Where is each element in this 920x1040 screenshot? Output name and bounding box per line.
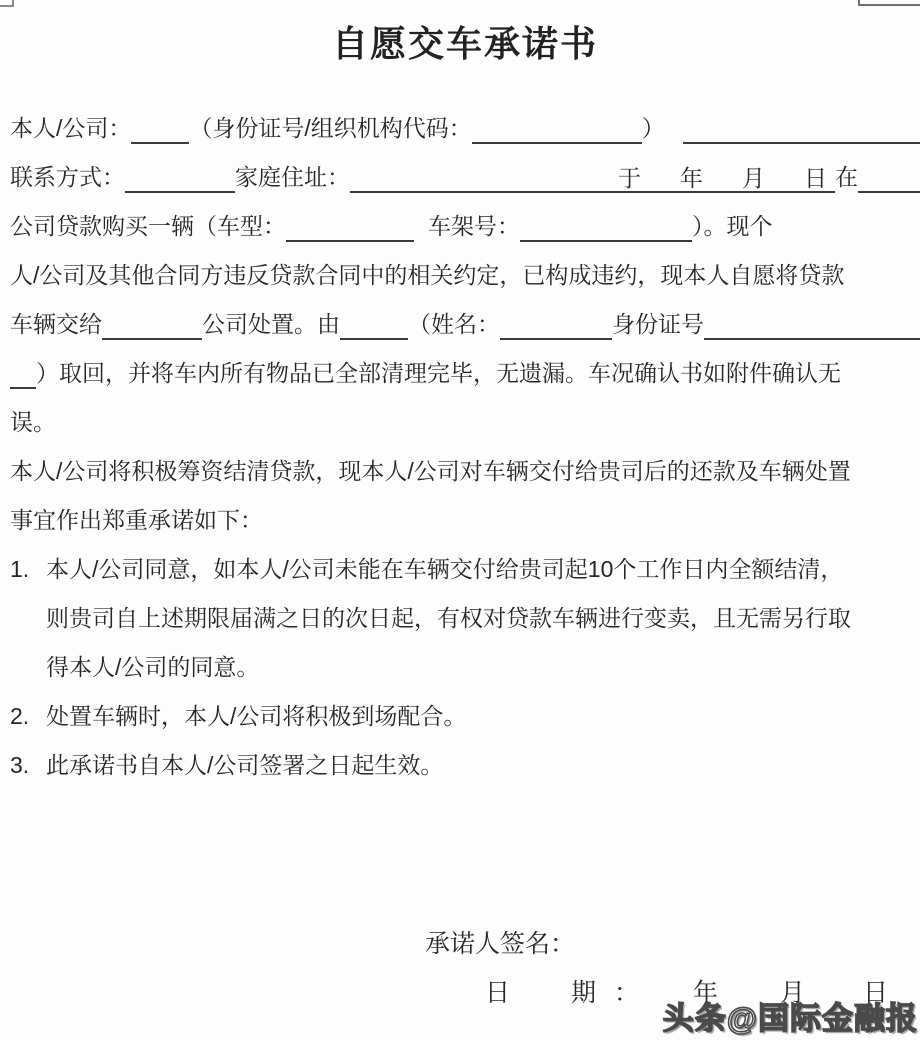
address-label: 家庭住址：	[235, 153, 350, 202]
pledge-intro-line: 事宜作出郑重承诺如下：	[10, 496, 920, 545]
item-text-line: 处置车辆时，本人/公司将积极到场配合。	[46, 692, 920, 741]
item-text-line: 则贵司自上述期限届满之日的次日起，有权对贷款车辆进行变卖，且无需另行取	[46, 594, 920, 643]
agent-name-label: （姓名：	[408, 300, 500, 349]
company-blank	[102, 310, 202, 340]
trailing-blank-1	[683, 114, 920, 144]
contact-blank	[125, 163, 235, 193]
document-title: 自愿交车承诺书	[10, 16, 920, 62]
error-text: 误。	[10, 398, 56, 447]
party-name-blank	[131, 114, 189, 144]
retrieval-text: ）取回，并将车内所有物品已全部清理完毕，无遗漏。车况确认书如附件确认无	[36, 349, 841, 398]
item-text-line: 本人/公司同意，如本人/公司未能在车辆交付给贵司起10个工作日内全额结清，	[46, 545, 920, 594]
commitment-letter-document: 自愿交车承诺书 本人/公司： （身份证号/组织机构代码： ） 联系方式： 家庭住…	[0, 0, 920, 1040]
agent-blank	[340, 310, 408, 340]
item-text-block: 处置车辆时，本人/公司将积极到场配合。	[46, 692, 920, 741]
list-item: 3. 此承诺书自本人/公司签署之日起生效。	[10, 741, 920, 790]
agent-id-blank	[704, 310, 920, 340]
retrieval-line: ）取回，并将车内所有物品已全部清理完毕，无遗漏。车况确认书如附件确认无	[10, 349, 920, 398]
at-label: 在	[835, 153, 858, 202]
item-number: 1.	[10, 545, 46, 594]
contact-address-line: 联系方式： 家庭住址： 于 年 月 日 在	[10, 153, 920, 202]
paren-close-text: ）。现个	[692, 202, 773, 251]
list-item: 1. 本人/公司同意，如本人/公司未能在车辆交付给贵司起10个工作日内全额结清，…	[10, 545, 920, 692]
item-number: 2.	[10, 692, 46, 741]
address-date-blank: 于 年 月 日	[350, 163, 835, 193]
vin-label: 车架号：	[428, 202, 520, 251]
party-label: 本人/公司：	[10, 104, 131, 153]
item-text-block: 本人/公司同意，如本人/公司未能在车辆交付给贵司起10个工作日内全额结清， 则贵…	[46, 545, 920, 692]
party-identity-line: 本人/公司： （身份证号/组织机构代码： ）	[10, 104, 920, 153]
list-item: 2. 处置车辆时，本人/公司将积极到场配合。	[10, 692, 920, 741]
error-line: 误。	[10, 398, 920, 447]
trailing-blank-2	[858, 163, 920, 193]
breach-statement-line: 人/公司及其他合同方违反贷款合同中的相关约定，已构成违约，现本人自愿将贷款	[10, 251, 920, 300]
commitment-list: 1. 本人/公司同意，如本人/公司未能在车辆交付给贵司起10个工作日内全额结清，…	[10, 545, 920, 790]
breach-statement-text: 人/公司及其他合同方违反贷款合同中的相关约定，已构成违约，现本人自愿将贷款	[10, 251, 844, 300]
pledge-intro-text: 事宜作出郑重承诺如下：	[10, 496, 263, 545]
repayment-pledge-line: 本人/公司将积极筹资结清贷款，现本人/公司对车辆交付给贵司后的还款及车辆处置	[10, 447, 920, 496]
item-text-block: 此承诺书自本人/公司签署之日起生效。	[46, 741, 920, 790]
repayment-pledge-text: 本人/公司将积极筹资结清贷款，现本人/公司对车辆交付给贵司后的还款及车辆处置	[10, 447, 851, 496]
paren-close: ）	[642, 104, 665, 153]
id-code-label: （身份证号/组织机构代码：	[189, 104, 471, 153]
continued-blank	[10, 359, 36, 389]
handover-line: 车辆交给 公司处置。由 （姓名： 身份证号	[10, 300, 920, 349]
vin-blank	[520, 212, 692, 242]
vehicle-model-blank	[286, 212, 414, 242]
toutiao-watermark: 头条@国际金融报	[663, 993, 918, 1038]
disposal-label: 公司处置。由	[202, 300, 340, 349]
vehicle-info-line: 公司贷款购买一辆（车型： 车架号： ）。现个	[10, 202, 920, 251]
item-number: 3.	[10, 741, 46, 790]
date-label: 日 期：	[485, 969, 657, 1018]
document-body: 本人/公司： （身份证号/组织机构代码： ） 联系方式： 家庭住址： 于 年 月…	[10, 104, 920, 1018]
item-text-line: 得本人/公司的同意。	[46, 643, 920, 692]
signer-label: 承诺人签名：	[425, 920, 920, 969]
agent-id-label: 身份证号	[612, 300, 704, 349]
id-code-blank	[472, 114, 642, 144]
item-text-line: 此承诺书自本人/公司签署之日起生效。	[46, 741, 920, 790]
handover-label: 车辆交给	[10, 300, 102, 349]
vehicle-model-label: 公司贷款购买一辆（车型：	[10, 202, 286, 251]
contact-label: 联系方式：	[10, 153, 125, 202]
agent-name-blank	[500, 310, 612, 340]
